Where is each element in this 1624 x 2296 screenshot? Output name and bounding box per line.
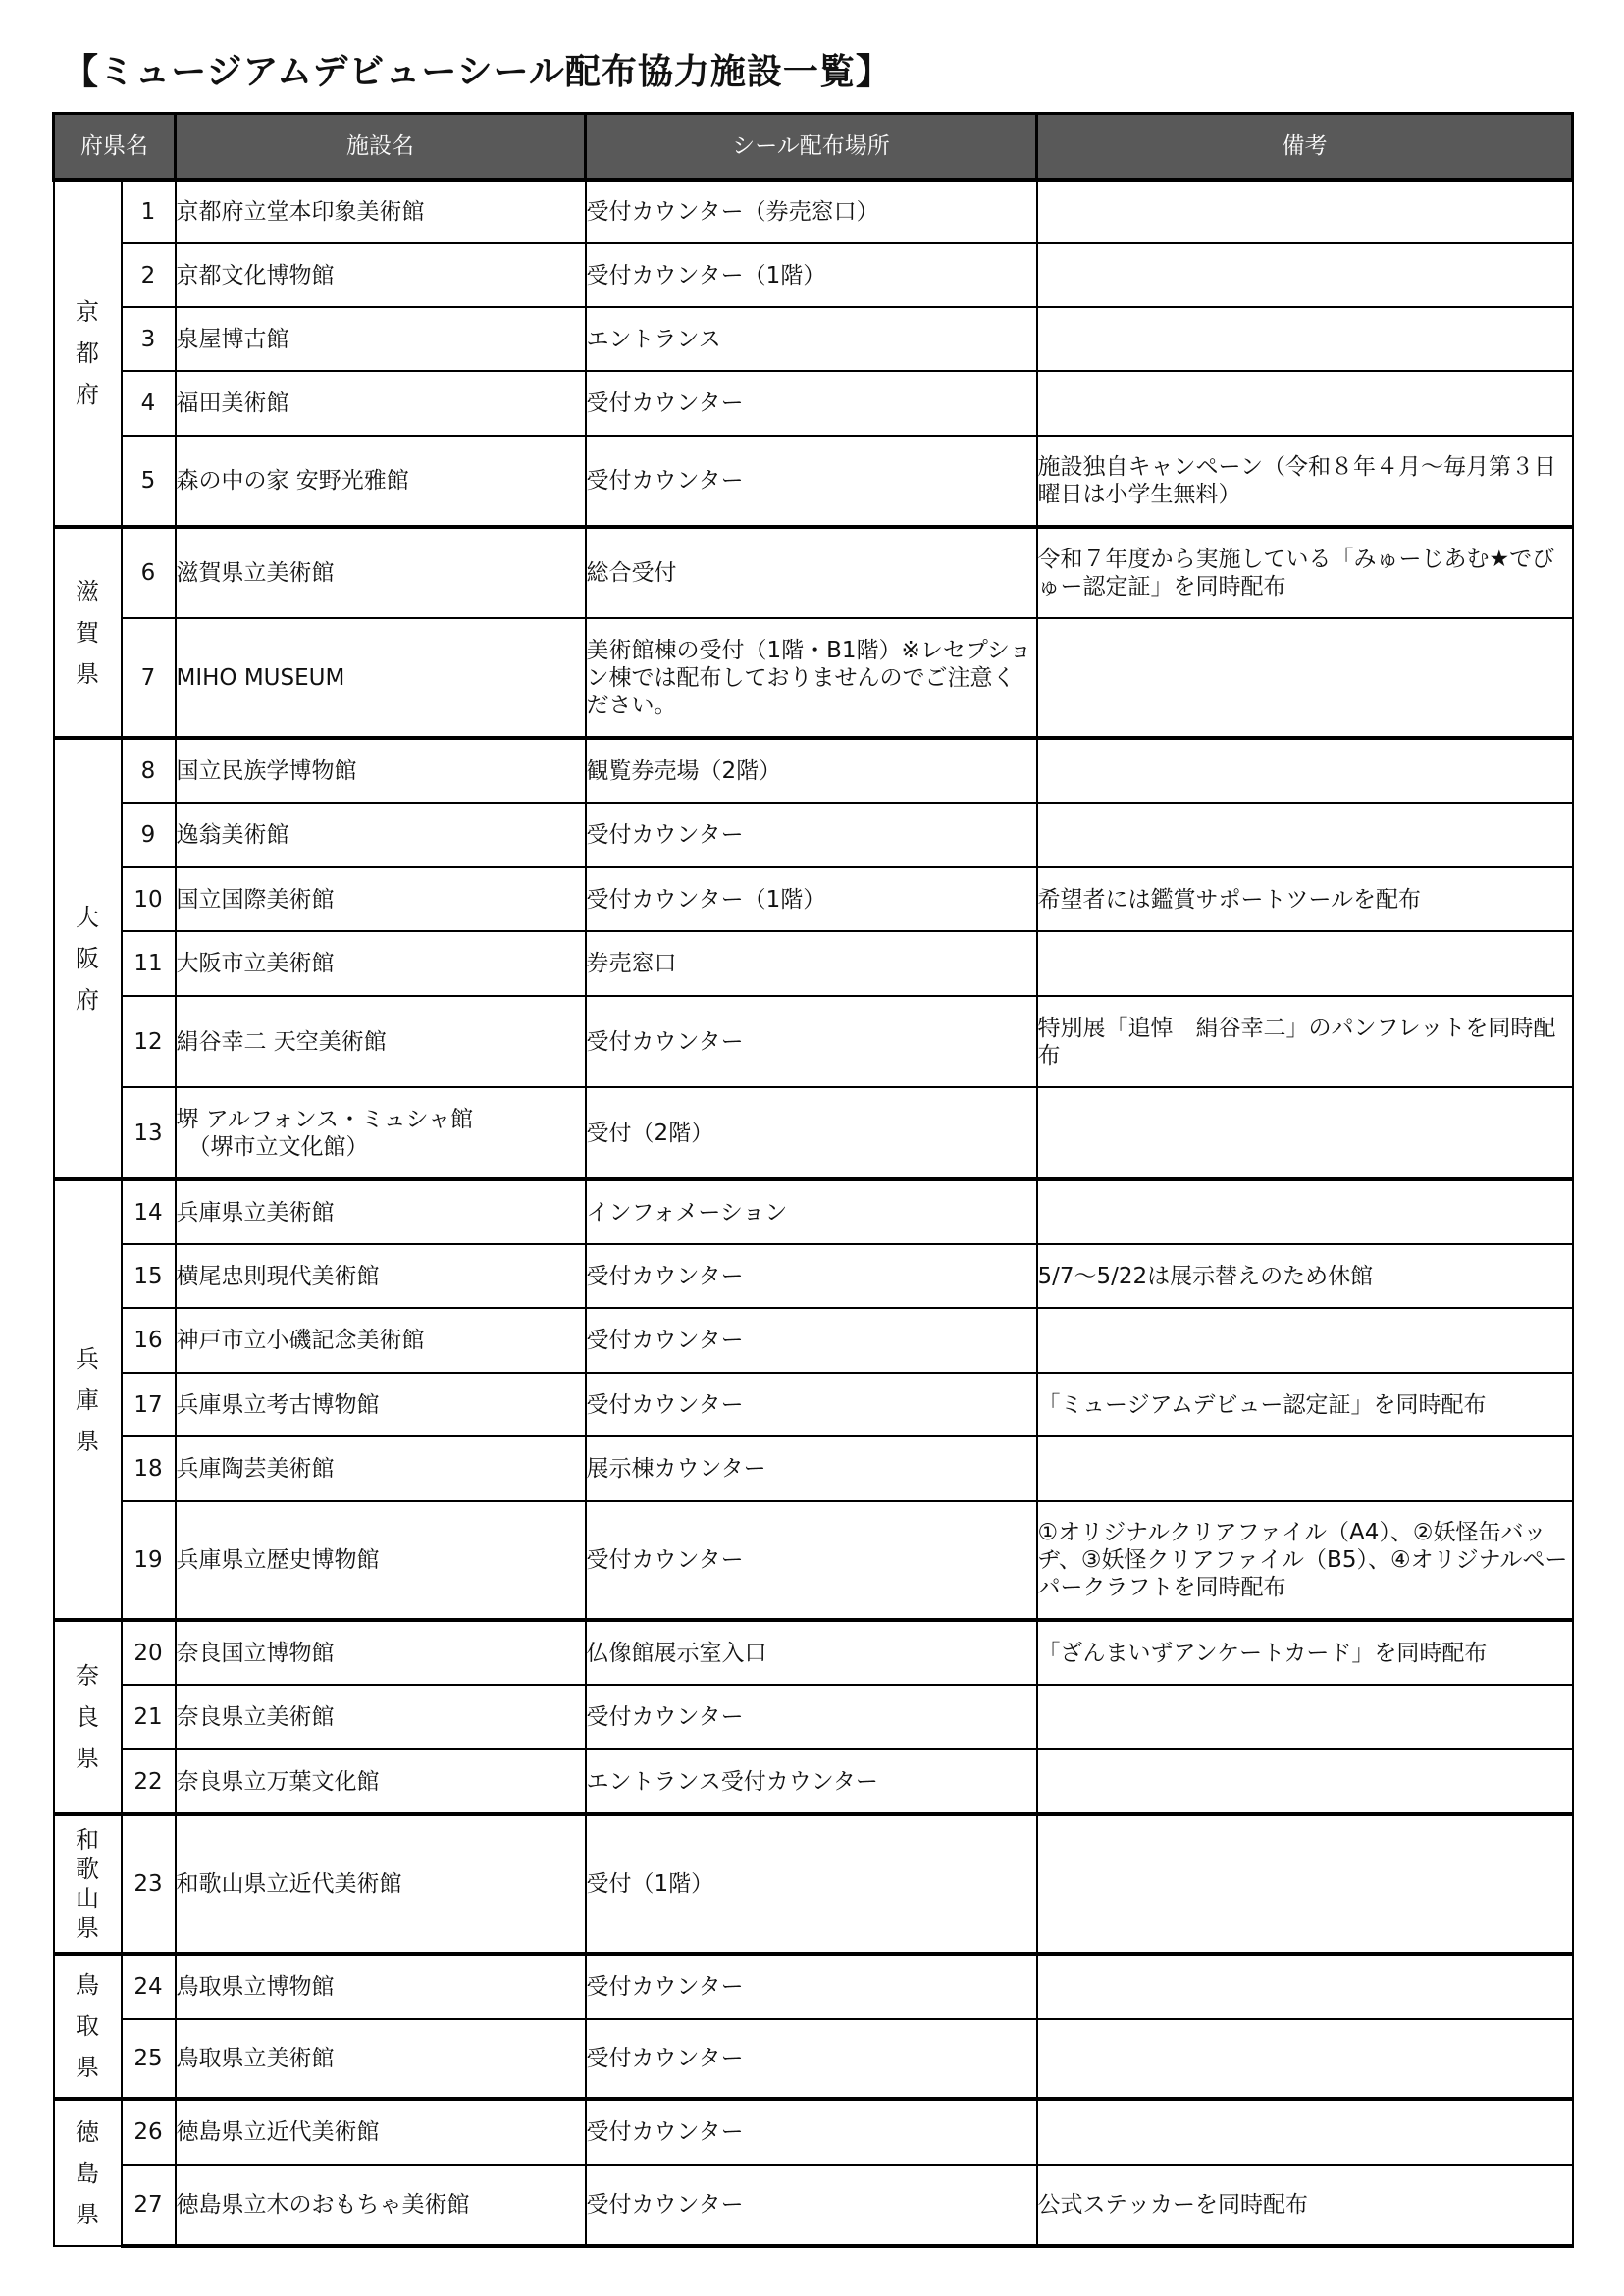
table-row: 25 鳥取県立美術館 受付カウンター [54, 2019, 1573, 2099]
facility-name: 逸翁美術館 [176, 803, 586, 867]
distribution-location: 受付カウンター [586, 1954, 1037, 2019]
facility-name: 大阪市立美術館 [176, 931, 586, 996]
distribution-location: 券売窓口 [586, 931, 1037, 996]
row-number: 8 [122, 738, 176, 803]
prefecture-label: 京都府 [75, 291, 100, 415]
distribution-location: インフォメーション [586, 1179, 1037, 1244]
prefecture-cell: 鳥取県 [54, 1954, 122, 2099]
prefecture-cell: 兵庫県 [54, 1179, 122, 1620]
table-row: 27 徳島県立木のおもちゃ美術館 受付カウンター 公式ステッカーを同時配布 [54, 2165, 1573, 2246]
remarks [1037, 931, 1573, 996]
facility-name: 奈良国立博物館 [176, 1620, 586, 1685]
row-number: 1 [122, 180, 176, 243]
facility-name: 兵庫陶芸美術館 [176, 1436, 586, 1501]
prefecture-label: 鳥取県 [75, 1964, 100, 2088]
facility-name: 鳥取県立美術館 [176, 2019, 586, 2099]
row-number: 16 [122, 1308, 176, 1373]
facility-name: MIHO MUSEUM [176, 618, 586, 738]
remarks [1037, 803, 1573, 867]
prefecture-label: 和歌山県 [75, 1825, 100, 1943]
row-number: 23 [122, 1814, 176, 1954]
row-number: 15 [122, 1244, 176, 1308]
distribution-location: 受付カウンター（券売窓口） [586, 180, 1037, 243]
table-row: 22 奈良県立万葉文化館 エントランス受付カウンター [54, 1749, 1573, 1814]
distribution-location: 受付（2階） [586, 1087, 1037, 1179]
row-number: 22 [122, 1749, 176, 1814]
prefecture-cell: 徳島県 [54, 2099, 122, 2246]
remarks [1037, 1436, 1573, 1501]
facility-name: 兵庫県立歴史博物館 [176, 1501, 586, 1620]
remarks [1037, 1814, 1573, 1954]
distribution-location: 受付（1階） [586, 1814, 1037, 1954]
distribution-location: 受付カウンター [586, 1685, 1037, 1749]
table-row: 11 大阪市立美術館 券売窓口 [54, 931, 1573, 996]
distribution-location: 受付カウンター [586, 2019, 1037, 2099]
row-number: 27 [122, 2165, 176, 2246]
table-row: 5 森の中の家 安野光雅館 受付カウンター 施設独自キャンペーン（令和８年４月～… [54, 436, 1573, 527]
remarks [1037, 307, 1573, 371]
facility-table: 府県名 施設名 シール配布場所 備考 京都府 1 京都府立堂本印象美術館 受付カ… [52, 112, 1574, 2248]
row-number: 11 [122, 931, 176, 996]
distribution-location: 受付カウンター [586, 2099, 1037, 2165]
table-header-row: 府県名 施設名 シール配布場所 備考 [54, 114, 1573, 181]
distribution-location: 受付カウンター [586, 1501, 1037, 1620]
prefecture-cell: 奈良県 [54, 1620, 122, 1814]
table-row: 兵庫県 14 兵庫県立美術館 インフォメーション [54, 1179, 1573, 1244]
header-location: シール配布場所 [586, 114, 1037, 181]
table-row: 16 神戸市立小磯記念美術館 受付カウンター [54, 1308, 1573, 1373]
table-row: 鳥取県 24 鳥取県立博物館 受付カウンター [54, 1954, 1573, 2019]
table-row: 京都府 1 京都府立堂本印象美術館 受付カウンター（券売窓口） [54, 180, 1573, 243]
row-number: 12 [122, 996, 176, 1087]
remarks [1037, 1954, 1573, 2019]
remarks [1037, 618, 1573, 738]
table-row: 21 奈良県立美術館 受付カウンター [54, 1685, 1573, 1749]
prefecture-label: 大阪府 [75, 897, 100, 1020]
facility-name: 兵庫県立美術館 [176, 1179, 586, 1244]
facility-name: 和歌山県立近代美術館 [176, 1814, 586, 1954]
facility-name: 鳥取県立博物館 [176, 1954, 586, 2019]
remarks: 令和７年度から実施している「みゅーじあむ★でびゅー認定証」を同時配布 [1037, 527, 1573, 618]
row-number: 20 [122, 1620, 176, 1685]
remarks [1037, 1179, 1573, 1244]
prefecture-label: 兵庫県 [75, 1338, 100, 1462]
table-row: 19 兵庫県立歴史博物館 受付カウンター ①オリジナルクリアファイル（A4）、②… [54, 1501, 1573, 1620]
table-row: 大阪府 8 国立民族学博物館 観覧券売場（2階） [54, 738, 1573, 803]
distribution-location: 受付カウンター [586, 803, 1037, 867]
remarks [1037, 1308, 1573, 1373]
facility-name: 徳島県立木のおもちゃ美術館 [176, 2165, 586, 2246]
table-row: 9 逸翁美術館 受付カウンター [54, 803, 1573, 867]
facility-name: 滋賀県立美術館 [176, 527, 586, 618]
facility-name-cell: 堺 アルフォンス・ミュシャ館 （堺市立文化館） [176, 1087, 586, 1179]
row-number: 4 [122, 371, 176, 436]
row-number: 17 [122, 1373, 176, 1436]
remarks: ①オリジナルクリアファイル（A4）、②妖怪缶バッヂ、③妖怪クリアファイル（B5）… [1037, 1501, 1573, 1620]
facility-name: 奈良県立美術館 [176, 1685, 586, 1749]
remarks [1037, 2019, 1573, 2099]
row-number: 6 [122, 527, 176, 618]
prefecture-label: 滋賀県 [75, 571, 100, 695]
facility-name: 森の中の家 安野光雅館 [176, 436, 586, 527]
row-number: 7 [122, 618, 176, 738]
prefecture-cell: 京都府 [54, 180, 122, 527]
prefecture-label: 徳島県 [75, 2112, 100, 2235]
distribution-location: エントランス [586, 307, 1037, 371]
distribution-location: 受付カウンター [586, 1244, 1037, 1308]
distribution-location: 受付カウンター（1階） [586, 243, 1037, 307]
row-number: 10 [122, 867, 176, 931]
table-row: 18 兵庫陶芸美術館 展示棟カウンター [54, 1436, 1573, 1501]
row-number: 13 [122, 1087, 176, 1179]
facility-name: 兵庫県立考古博物館 [176, 1373, 586, 1436]
remarks [1037, 738, 1573, 803]
row-number: 19 [122, 1501, 176, 1620]
table-row: 17 兵庫県立考古博物館 受付カウンター 「ミュージアムデビュー認定証」を同時配… [54, 1373, 1573, 1436]
table-row: 12 絹谷幸二 天空美術館 受付カウンター 特別展「追悼 絹谷幸二」のパンフレッ… [54, 996, 1573, 1087]
distribution-location: 仏像館展示室入口 [586, 1620, 1037, 1685]
distribution-location: 受付カウンター（1階） [586, 867, 1037, 931]
distribution-location: 受付カウンター [586, 996, 1037, 1087]
facility-name: 奈良県立万葉文化館 [176, 1749, 586, 1814]
prefecture-cell: 大阪府 [54, 738, 122, 1179]
remarks: 「ざんまいずアンケートカード」を同時配布 [1037, 1620, 1573, 1685]
prefecture-cell: 滋賀県 [54, 527, 122, 738]
table-row: 15 横尾忠則現代美術館 受付カウンター 5/7～5/22は展示替えのため休館 [54, 1244, 1573, 1308]
remarks: 公式ステッカーを同時配布 [1037, 2165, 1573, 2246]
remarks [1037, 371, 1573, 436]
distribution-location: 受付カウンター [586, 436, 1037, 527]
row-number: 9 [122, 803, 176, 867]
remarks: 「ミュージアムデビュー認定証」を同時配布 [1037, 1373, 1573, 1436]
header-remarks: 備考 [1037, 114, 1573, 181]
remarks [1037, 1087, 1573, 1179]
facility-name-sub: （堺市立文化館） [177, 1133, 585, 1161]
row-number: 25 [122, 2019, 176, 2099]
row-number: 3 [122, 307, 176, 371]
table-row: 徳島県 26 徳島県立近代美術館 受付カウンター [54, 2099, 1573, 2165]
header-prefecture: 府県名 [54, 114, 176, 181]
table-row: 7 MIHO MUSEUM 美術館棟の受付（1階・B1階）※レセプション棟では配… [54, 618, 1573, 738]
row-number: 21 [122, 1685, 176, 1749]
row-number: 14 [122, 1179, 176, 1244]
distribution-location: 受付カウンター [586, 1308, 1037, 1373]
remarks: 5/7～5/22は展示替えのため休館 [1037, 1244, 1573, 1308]
facility-name: 国立国際美術館 [176, 867, 586, 931]
table-row: 4 福田美術館 受付カウンター [54, 371, 1573, 436]
distribution-location: エントランス受付カウンター [586, 1749, 1037, 1814]
prefecture-cell: 和歌山県 [54, 1814, 122, 1954]
remarks [1037, 243, 1573, 307]
distribution-location: 観覧券売場（2階） [586, 738, 1037, 803]
remarks: 施設独自キャンペーン（令和８年４月～毎月第３日曜日は小学生無料） [1037, 436, 1573, 527]
facility-name: 泉屋博古館 [176, 307, 586, 371]
row-number: 24 [122, 1954, 176, 2019]
remarks: 希望者には鑑賞サポートツールを配布 [1037, 867, 1573, 931]
remarks [1037, 180, 1573, 243]
facility-name: 横尾忠則現代美術館 [176, 1244, 586, 1308]
page-title: 【ミュージアムデビューシール配布協力施設一覧】 [63, 51, 892, 94]
remarks [1037, 2099, 1573, 2165]
prefecture-label: 奈良県 [75, 1655, 100, 1779]
table-row: 3 泉屋博古館 エントランス [54, 307, 1573, 371]
table-row: 奈良県 20 奈良国立博物館 仏像館展示室入口 「ざんまいずアンケートカード」を… [54, 1620, 1573, 1685]
facility-name: 京都府立堂本印象美術館 [176, 180, 586, 243]
header-facility: 施設名 [176, 114, 586, 181]
distribution-location: 受付カウンター [586, 371, 1037, 436]
table-row: 2 京都文化博物館 受付カウンター（1階） [54, 243, 1573, 307]
facility-name: 神戸市立小磯記念美術館 [176, 1308, 586, 1373]
facility-name: 堺 アルフォンス・ミュシャ館 [177, 1107, 474, 1132]
row-number: 18 [122, 1436, 176, 1501]
distribution-location: 美術館棟の受付（1階・B1階）※レセプション棟では配布しておりませんのでご注意く… [586, 618, 1037, 738]
distribution-location: 総合受付 [586, 527, 1037, 618]
table-row: 13 堺 アルフォンス・ミュシャ館 （堺市立文化館） 受付（2階） [54, 1087, 1573, 1179]
facility-name: 福田美術館 [176, 371, 586, 436]
distribution-location: 受付カウンター [586, 1373, 1037, 1436]
remarks: 特別展「追悼 絹谷幸二」のパンフレットを同時配布 [1037, 996, 1573, 1087]
facility-name: 国立民族学博物館 [176, 738, 586, 803]
table-row: 和歌山県 23 和歌山県立近代美術館 受付（1階） [54, 1814, 1573, 1954]
distribution-location: 受付カウンター [586, 2165, 1037, 2246]
row-number: 2 [122, 243, 176, 307]
facility-name: 京都文化博物館 [176, 243, 586, 307]
facility-name: 絹谷幸二 天空美術館 [176, 996, 586, 1087]
row-number: 26 [122, 2099, 176, 2165]
facility-name: 徳島県立近代美術館 [176, 2099, 586, 2165]
remarks [1037, 1749, 1573, 1814]
row-number: 5 [122, 436, 176, 527]
remarks [1037, 1685, 1573, 1749]
distribution-location: 展示棟カウンター [586, 1436, 1037, 1501]
table-row: 滋賀県 6 滋賀県立美術館 総合受付 令和７年度から実施している「みゅーじあむ★… [54, 527, 1573, 618]
table-row: 10 国立国際美術館 受付カウンター（1階） 希望者には鑑賞サポートツールを配布 [54, 867, 1573, 931]
